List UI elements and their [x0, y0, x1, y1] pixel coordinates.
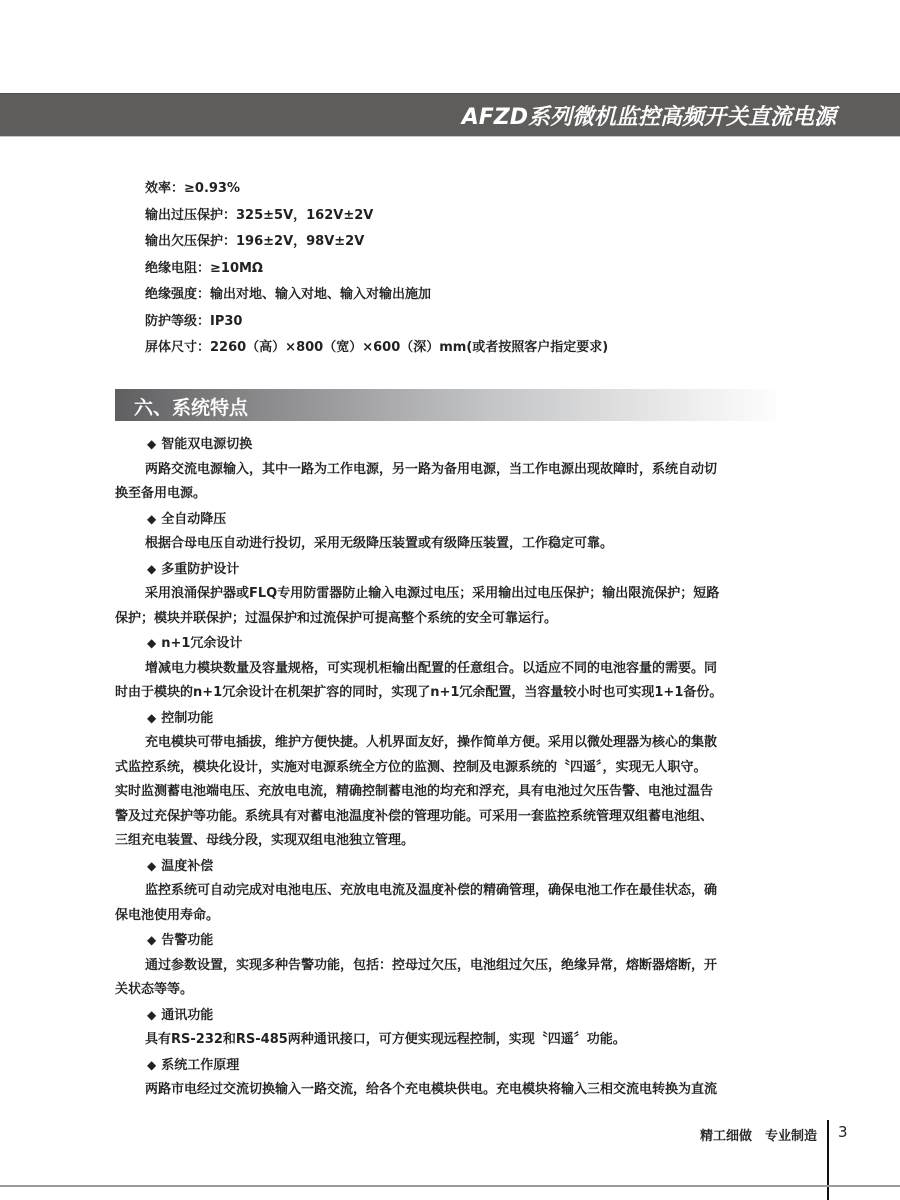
diamond-bullet-icon: ◆ [147, 507, 156, 532]
feature-line: 式监控系统，模块化设计，实施对电源系统全方位的监测、控制及电源系统的〝四遥〞，实… [115, 756, 785, 781]
spec-insulation-resistance: 绝缘电阻：≥10MΩ [145, 256, 608, 283]
feature-line: 根据合母电压自动进行投切，采用无级降压装置或有级降压装置，工作稳定可靠。 [145, 532, 785, 557]
feature-heading: ◆多重防护设计 [145, 557, 785, 583]
spec-protection-class: 防护等级：IP30 [145, 309, 608, 336]
document-title: AFZD系列微机监控高频开关直流电源 [462, 100, 836, 131]
feature-body: 增减电力模块数量及容量规格，可实现机柜输出配置的任意组合。以适应不同的电池容量的… [115, 657, 785, 706]
feature-line: 充电模块可带电插拔，维护方便快捷。人机界面友好，操作简单方便。采用以微处理器为核… [145, 731, 785, 756]
section-title: 六、系统特点 [134, 393, 248, 420]
feature-heading: ◆通讯功能 [145, 1003, 785, 1029]
feature-heading-text: 多重防护设计 [161, 562, 239, 577]
diamond-bullet-icon: ◆ [147, 1003, 156, 1028]
feature-body: 通过参数设置，实现多种告警功能，包括：控母过欠压，电池组过欠压，绝缘异常，熔断器… [115, 954, 785, 1003]
feature-heading: ◆全自动降压 [145, 507, 785, 533]
feature-line: 保护；模块并联保护；过温保护和过流保护可提高整个系统的安全可靠运行。 [115, 607, 785, 632]
feature-heading: ◆控制功能 [145, 706, 785, 732]
spec-cabinet-dimensions: 屏体尺寸：2260（高）×800（宽）×600（深）mm(或者按照客户指定要求) [145, 335, 608, 362]
diamond-bullet-icon: ◆ [147, 631, 156, 656]
feature-line: 关状态等等。 [115, 978, 785, 1003]
feature-line: 具有RS-232和RS-485两种通讯接口，可方便实现远程控制，实现〝四遥〞功能… [145, 1028, 785, 1053]
feature-heading-text: 告警功能 [161, 933, 213, 948]
spec-undervoltage-protection: 输出欠压保护：196±2V，98V±2V [145, 229, 608, 256]
header-bar: AFZD系列微机监控高频开关直流电源 [0, 93, 900, 137]
feature-list: ◆智能双电源切换 两路交流电源输入，其中一路为工作电源，另一路为备用电源，当工作… [145, 432, 785, 1103]
footer-divider-horizontal [0, 1185, 900, 1187]
feature-line: 实时监测蓄电池端电压、充放电电流，精确控制蓄电池的均充和浮充，具有电池过欠压告警… [115, 780, 785, 805]
feature-heading-text: 控制功能 [161, 711, 213, 726]
feature-line: 警及过充保护等功能。系统具有对蓄电池温度补偿的管理功能。可采用一套监控系统管理双… [115, 805, 785, 830]
feature-body: 具有RS-232和RS-485两种通讯接口，可方便实现远程控制，实现〝四遥〞功能… [115, 1028, 785, 1053]
spec-insulation-strength: 绝缘强度：输出对地、输入对地、输入对输出施加 [145, 282, 608, 309]
feature-body: 两路市电经过交流切换输入一路交流，给各个充电模块供电。充电模块将输入三相交流电转… [115, 1078, 785, 1103]
feature-heading: ◆系统工作原理 [145, 1053, 785, 1079]
feature-heading-text: 系统工作原理 [161, 1058, 239, 1073]
diamond-bullet-icon: ◆ [147, 928, 156, 953]
feature-line: 换至备用电源。 [115, 482, 785, 507]
feature-body: 充电模块可带电插拔，维护方便快捷。人机界面友好，操作简单方便。采用以微处理器为核… [115, 731, 785, 854]
spec-efficiency: 效率：≥0.93% [145, 176, 608, 203]
feature-heading: ◆n+1冗余设计 [145, 631, 785, 657]
diamond-bullet-icon: ◆ [147, 432, 156, 457]
feature-line: 监控系统可自动完成对电池电压、充放电电流及温度补偿的精确管理，确保电池工作在最佳… [145, 879, 785, 904]
diamond-bullet-icon: ◆ [147, 706, 156, 731]
spec-list: 效率：≥0.93% 输出过压保护：325±5V，162V±2V 输出欠压保护：1… [145, 176, 608, 362]
spec-overvoltage-protection: 输出过压保护：325±5V，162V±2V [145, 203, 608, 230]
feature-heading-text: n+1冗余设计 [161, 636, 242, 651]
page-number: 3 [838, 1123, 848, 1141]
diamond-bullet-icon: ◆ [147, 854, 156, 879]
feature-body: 根据合母电压自动进行投切，采用无级降压装置或有级降压装置，工作稳定可靠。 [115, 532, 785, 557]
feature-line: 两路市电经过交流切换输入一路交流，给各个充电模块供电。充电模块将输入三相交流电转… [145, 1078, 785, 1103]
feature-heading: ◆温度补偿 [145, 854, 785, 880]
feature-line: 时由于模块的n+1冗余设计在机架扩容的同时，实现了n+1冗余配置，当容量较小时也… [115, 681, 785, 706]
feature-heading-text: 智能双电源切换 [161, 437, 252, 452]
diamond-bullet-icon: ◆ [147, 557, 156, 582]
feature-heading: ◆告警功能 [145, 928, 785, 954]
feature-line: 保电池使用寿命。 [115, 904, 785, 929]
feature-heading-text: 通讯功能 [161, 1008, 213, 1023]
feature-heading: ◆智能双电源切换 [145, 432, 785, 458]
feature-line: 两路交流电源输入，其中一路为工作电源，另一路为备用电源，当工作电源出现故障时，系… [145, 458, 785, 483]
feature-line: 三组充电装置、母线分段，实现双组电池独立管理。 [115, 829, 785, 854]
feature-line: 通过参数设置，实现多种告警功能，包括：控母过欠压，电池组过欠压，绝缘异常，熔断器… [145, 954, 785, 979]
section-header-bar: 六、系统特点 [115, 389, 785, 421]
feature-heading-text: 全自动降压 [161, 512, 226, 527]
feature-body: 采用浪涌保护器或FLQ专用防雷器防止输入电源过电压；采用输出过电压保护；输出限流… [115, 582, 785, 631]
feature-line: 采用浪涌保护器或FLQ专用防雷器防止输入电源过电压；采用输出过电压保护；输出限流… [145, 582, 785, 607]
footer-divider-vertical [827, 1120, 829, 1200]
feature-heading-text: 温度补偿 [161, 859, 213, 874]
feature-body: 监控系统可自动完成对电池电压、充放电电流及温度补偿的精确管理，确保电池工作在最佳… [115, 879, 785, 928]
feature-line: 增减电力模块数量及容量规格，可实现机柜输出配置的任意组合。以适应不同的电池容量的… [145, 657, 785, 682]
footer-slogan: 精工细做 专业制造 [700, 1125, 817, 1144]
diamond-bullet-icon: ◆ [147, 1053, 156, 1078]
feature-body: 两路交流电源输入，其中一路为工作电源，另一路为备用电源，当工作电源出现故障时，系… [115, 458, 785, 507]
